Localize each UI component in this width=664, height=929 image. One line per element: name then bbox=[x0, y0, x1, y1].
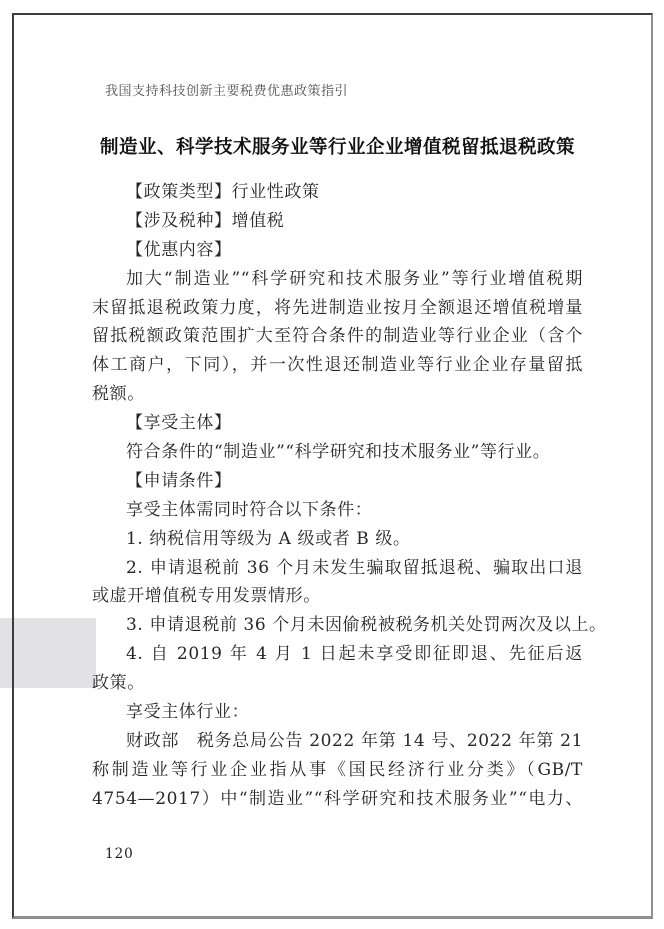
text-line: 符合条件的“制造业”“科学研究和技术服务业”等行业。 bbox=[92, 438, 583, 467]
document-body: 【政策类型】行业性政策【涉及税种】增值税【优惠内容】加大“制造业”“科学研究和技… bbox=[92, 178, 583, 814]
text-line: 【优惠内容】 bbox=[92, 236, 583, 265]
page-number: 120 bbox=[105, 846, 134, 862]
document-page: 我国支持科技创新主要税费优惠政策指引 制造业、科学技术服务业等行业企业增值税留抵… bbox=[0, 0, 664, 929]
document-title: 制造业、科学技术服务业等行业企业增值税留抵退税政策 bbox=[92, 133, 583, 159]
text-line: 加大“制造业”“科学研究和技术服务业”等行业增值税期 bbox=[92, 265, 583, 294]
running-header: 我国支持科技创新主要税费优惠政策指引 bbox=[105, 80, 348, 99]
text-line: 【涉及税种】增值税 bbox=[92, 207, 583, 236]
text-line: 2. 申请退税前 36 个月未发生骗取留抵退税、骗取出口退税 bbox=[92, 554, 583, 583]
text-line: 末留抵退税政策力度，将先进制造业按月全额退还增值税增量 bbox=[92, 294, 583, 323]
text-line: 1. 纳税信用等级为 A 级或者 B 级。 bbox=[92, 525, 583, 554]
text-line: 或虚开增值税专用发票情形。 bbox=[92, 582, 583, 611]
text-line: 享受主体行业： bbox=[92, 698, 583, 727]
text-line: 留抵税额政策范围扩大至符合条件的制造业等行业企业（含个 bbox=[92, 322, 583, 351]
text-line: 【申请条件】 bbox=[92, 467, 583, 496]
text-line: 财政部 税务总局公告 2022 年第 14 号、2022 年第 21 号所 bbox=[92, 727, 583, 756]
text-line: 税额。 bbox=[92, 380, 583, 409]
text-line: 【享受主体】 bbox=[92, 409, 583, 438]
text-line: 享受主体需同时符合以下条件： bbox=[92, 496, 583, 525]
text-line: 【政策类型】行业性政策 bbox=[92, 178, 583, 207]
text-line: 称制造业等行业企业指从事《国民经济行业分类》（GB/T bbox=[92, 756, 583, 785]
text-line: 政策。 bbox=[92, 669, 583, 698]
text-line: 体工商户，下同），并一次性退还制造业等行业企业存量留抵 bbox=[92, 351, 583, 380]
text-line: 4754—2017）中“制造业”“科学研究和技术服务业”“电力、 bbox=[92, 785, 583, 814]
text-line: 3. 申请退税前 36 个月未因偷税被税务机关处罚两次及以上。 bbox=[92, 611, 583, 640]
scan-artifact bbox=[0, 618, 96, 688]
text-line: 4. 自 2019 年 4 月 1 日起未享受即征即退、先征后返（退） bbox=[92, 640, 583, 669]
